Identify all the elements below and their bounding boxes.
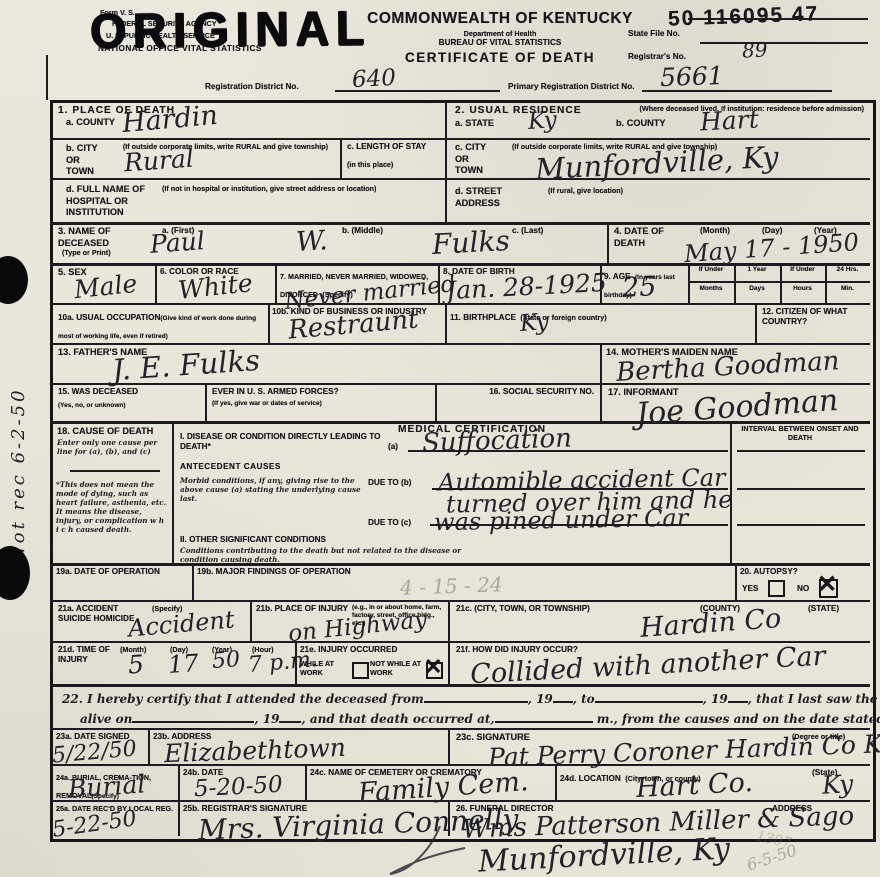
street-address-note: (If rural, give location) <box>548 186 623 195</box>
accident-suicide-homicide-label: 21a. ACCIDENT SUICIDE HOMICIDE <box>58 604 136 625</box>
major-findings-label: 19b. MAJOR FINDINGS OF OPERATION <box>197 567 351 577</box>
department-line: Department of Health <box>330 29 670 38</box>
birthplace-label: 11. BIRTHPLACE <box>450 313 516 322</box>
grid-line <box>178 764 180 800</box>
residence-county-value: Hart <box>699 104 759 136</box>
blank-field <box>553 701 573 703</box>
certify-line-1: 22. I hereby certify that I attended the… <box>62 692 864 706</box>
armed-forces-note-1: (Yes, no, or unknown) <box>58 402 126 410</box>
length-of-stay-note: (in this place) <box>347 160 393 169</box>
not-while-at-work-checkmark: ✕ <box>424 654 442 680</box>
interval-label: INTERVAL BETWEEN ONSET AND DEATH <box>736 424 864 442</box>
grid-line <box>50 600 870 602</box>
burial-location-state-value: Ky <box>821 769 854 800</box>
certify-text: , 19 <box>254 712 279 726</box>
city-town-value: Rural <box>123 144 195 178</box>
reg-district-underline <box>335 90 500 92</box>
grid-line <box>305 764 307 800</box>
middle-name-value: W. <box>295 225 328 258</box>
autopsy-no-label: NO <box>797 584 809 594</box>
bureau-line: BUREAU OF VITAL STATISTICS <box>330 38 670 48</box>
cause-footnote: *This does not mean the mode of dying, s… <box>56 480 168 534</box>
disease-a-tag: (a) <box>388 442 398 452</box>
grid-line <box>445 100 447 222</box>
date-of-death-label: 4. DATE OF DEATH <box>614 226 666 249</box>
reg-district-label: Registration District No. <box>205 82 299 92</box>
date-of-operation-label: 19a. DATE OF OPERATION <box>56 567 188 577</box>
grid-line <box>50 178 870 180</box>
time-day-value: 17 <box>167 649 199 679</box>
antecedent-causes-label: ANTECEDENT CAUSES <box>180 462 281 472</box>
death-certificate-scan: Form V. S. FEDERAL SECURITY AGENCY U. S.… <box>0 0 880 877</box>
grid-line <box>448 600 450 641</box>
grid-line <box>607 222 609 263</box>
age-col-hours: Hours <box>781 285 824 293</box>
cause-of-death-label: 18. CAUSE OF DEATH <box>57 426 169 438</box>
grid-line <box>448 728 450 764</box>
grid-line <box>445 303 447 343</box>
blank-field <box>495 721 593 723</box>
name-of-deceased-label: 3. NAME OF DECEASED <box>58 226 160 249</box>
time-year-value: 50 <box>211 647 241 674</box>
due-to-c-label: DUE TO (c) <box>368 518 411 528</box>
age-col-months: Months <box>689 285 733 293</box>
grid-line <box>50 641 870 643</box>
certify-line-2: alive on, 19, and that death occurred at… <box>80 712 864 726</box>
certify-text: m., from the causes and on the date stat… <box>597 712 880 726</box>
grid-line <box>192 563 194 600</box>
blank-field <box>424 701 528 703</box>
city-town-label: b. CITY OR TOWN <box>66 143 110 178</box>
grid-line <box>205 383 207 421</box>
certify-text: , 19 <box>703 692 728 706</box>
while-at-work-label: WHILE AT WORK <box>300 659 348 677</box>
grid-line <box>600 343 602 383</box>
cause-enter-note: Enter only one cause per line for (a), (… <box>57 438 165 456</box>
birthplace-label-wrap: 11. BIRTHPLACE (State or foreign country… <box>450 307 740 325</box>
reg-district-value: 640 <box>351 65 396 93</box>
grid-line <box>172 421 174 563</box>
grid-line <box>688 281 870 283</box>
age-col-24hrs: 24 Hrs. <box>826 266 869 274</box>
occupation-label-wrap: 10a. USUAL OCCUPATION(Give kind of work … <box>58 307 263 343</box>
ink-flourish <box>370 826 490 876</box>
length-of-stay-label: c. LENGTH OF STAY <box>347 142 439 152</box>
state-file-underline <box>688 18 868 20</box>
grid-line <box>155 263 157 303</box>
morbid-conditions-note: Morbid conditions, if any, giving rise t… <box>180 476 362 503</box>
hospital-name-label: d. FULL NAME OF HOSPITAL OR INSTITUTION <box>66 184 158 219</box>
occupation-label: 10a. USUAL OCCUPATION <box>58 313 160 322</box>
burial-date-value: 5-20-50 <box>193 772 283 803</box>
place-of-injury-label: 21b. PLACE OF INJURY <box>256 604 356 614</box>
street-address-label: d. STREET ADDRESS <box>455 186 517 209</box>
major-findings-pencil-note: 4 - 15 - 24 <box>400 572 503 600</box>
time-month-value: 5 <box>127 649 145 679</box>
middle-name-label: b. (Middle) <box>342 226 383 236</box>
age-col-min: Min. <box>826 285 869 293</box>
armed-forces-note-2: (If yes, give war or dates of service) <box>212 400 432 408</box>
grid-line <box>50 684 870 687</box>
residence-city-label: c. CITY OR TOWN <box>455 142 499 177</box>
autopsy-yes-label: YES <box>742 584 758 594</box>
autopsy-label: 20. AUTOPSY? <box>740 567 798 577</box>
grid-line <box>50 343 870 345</box>
grid-line <box>148 728 150 764</box>
birthplace-value: Ky <box>519 309 549 337</box>
armed-forces-label-2: EVER IN U. S. ARMED FORCES? <box>212 387 427 397</box>
cause-c-value: was pined under Car <box>434 504 689 536</box>
type-or-print-note: (Type or Print) <box>62 248 111 257</box>
primary-district-label: Primary Registration District No. <box>508 82 634 92</box>
county-label: a. COUNTY <box>66 117 115 129</box>
time-of-injury-label: 21d. TIME OF INJURY <box>58 645 116 666</box>
burial-location-label: 24d. LOCATION <box>560 774 621 783</box>
certify-text: , and that death occurred at, <box>301 712 494 726</box>
residence-state-value: Ky <box>527 107 557 135</box>
age-col-under24: If Under <box>781 266 824 274</box>
interval-line <box>737 450 865 452</box>
scan-edge-line <box>46 55 48 100</box>
while-at-work-checkbox <box>352 662 369 679</box>
due-to-b-label: DUE TO (b) <box>368 478 412 488</box>
grid-line <box>735 563 737 600</box>
certify-text: , to <box>573 692 595 706</box>
grid-line <box>340 138 342 178</box>
certify-text: , 19 <box>528 692 553 706</box>
autopsy-yes-checkbox <box>768 580 785 597</box>
certify-text: , that I last saw the deceased <box>748 692 880 706</box>
grid-line <box>435 383 437 421</box>
commonwealth-title: COMMONWEALTH OF KENTUCKY <box>330 10 670 28</box>
grid-line <box>448 641 450 684</box>
date-of-death-month: (Month) <box>700 226 730 236</box>
blank-field <box>279 721 301 723</box>
other-conditions-note: Conditions contributing to the death but… <box>180 546 490 564</box>
interval-line <box>737 488 865 490</box>
primary-district-value: 5661 <box>660 61 725 92</box>
residence-county-label: b. COUNTY <box>616 118 666 130</box>
autopsy-no-checkmark: ✕ <box>817 570 837 599</box>
hospital-name-note: (If not in hospital or institution, give… <box>162 184 434 193</box>
age-col-days: Days <box>735 285 779 293</box>
blank-field <box>595 701 703 703</box>
grid-line <box>275 263 277 303</box>
usual-residence-title: 2. USUAL RESIDENCE <box>455 105 582 117</box>
cause-a-underline <box>408 450 728 452</box>
registrars-no-underline <box>700 42 868 44</box>
injury-city-label: 21c. (CITY, TOWN, OR TOWNSHIP) <box>456 604 590 614</box>
grid-line <box>50 138 870 140</box>
age-col-1year: 1 Year <box>735 266 779 274</box>
cause-c-underline <box>430 524 728 526</box>
grid-line <box>178 800 180 836</box>
grid-line <box>50 383 870 385</box>
certify-text: 22. I hereby certify that I attended the… <box>62 692 424 706</box>
armed-forces-label-1: 15. WAS DECEASED <box>58 387 200 397</box>
disease-condition-label: I. DISEASE OR CONDITION DIRECTLY LEADING… <box>180 432 382 453</box>
last-name-label: c. (Last) <box>512 226 543 236</box>
ssn-label: 16. SOCIAL SECURITY NO. <box>442 387 594 397</box>
not-while-at-work-label: NOT WHILE AT WORK <box>370 659 422 677</box>
blank-field <box>728 701 748 703</box>
other-conditions-label: II. OTHER SIGNIFICANT CONDITIONS <box>180 535 326 545</box>
last-name-value: Fulks <box>431 224 510 261</box>
registrars-no-label: Registrar's No. <box>628 52 686 62</box>
certify-text: alive on <box>80 712 132 726</box>
cause-rule <box>70 470 160 472</box>
injury-state-label: (STATE) <box>808 604 839 614</box>
blank-field <box>132 721 254 723</box>
age-value: 25 <box>621 271 657 304</box>
grid-line <box>755 303 757 343</box>
grid-line <box>50 222 870 225</box>
certificate-title: CERTIFICATE OF DEATH <box>330 50 670 65</box>
cause-a-value: Suffocation <box>422 423 573 458</box>
grid-line <box>268 303 270 343</box>
first-name-value: Paul <box>149 226 206 259</box>
grid-line <box>600 383 602 421</box>
interval-line <box>737 524 865 526</box>
burial-value: Burial <box>67 769 146 803</box>
residence-state-label: a. STATE <box>455 118 494 130</box>
citizen-label: 12. CITIZEN OF WHAT COUNTRY? <box>762 307 862 328</box>
injury-occurred-label: 21e. INJURY OCCURRED <box>300 645 397 655</box>
state-file-value: 50 116095 47 <box>668 2 820 31</box>
grid-line <box>50 728 870 730</box>
grid-line <box>250 600 252 641</box>
age-col-under1: If Under <box>689 266 733 274</box>
primary-district-underline <box>642 90 832 92</box>
burial-location-value: Hart Co. <box>635 767 753 804</box>
